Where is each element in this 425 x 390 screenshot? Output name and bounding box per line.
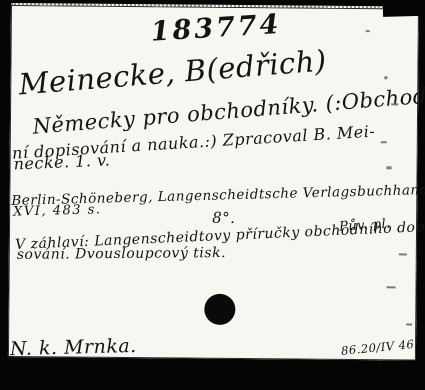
scan-artifact — [381, 141, 387, 143]
title-line-3: necke. 1. v. — [13, 152, 110, 172]
scan-corner-notch — [383, 4, 421, 17]
scan-artifact — [387, 166, 392, 169]
cataloger-signature: N. k. Mrnka. — [10, 337, 137, 359]
scan-artifact — [384, 76, 387, 79]
scan-artifact — [406, 323, 412, 325]
author-heading: Meinecke, B(edřich) — [18, 46, 328, 99]
accession-number: 183774 — [150, 11, 282, 46]
collation-note: XVI, 483 s. — [13, 203, 102, 218]
photo-background: 183774 Meinecke, B(edřich) Německy pro o… — [0, 0, 425, 390]
series-note-line-2: sování. Dvousloupcový tisk. — [17, 246, 226, 262]
punch-hole — [204, 294, 235, 325]
scan-artifact — [399, 253, 407, 255]
date-annotation: 86.20/IV 46. — [341, 339, 419, 358]
scan-artifact — [391, 103, 398, 105]
scan-artifact — [366, 30, 370, 32]
format-note: 8°. — [212, 211, 235, 226]
scan-artifact — [387, 286, 396, 288]
catalog-card: 183774 Meinecke, B(edřich) Německy pro o… — [8, 3, 419, 361]
